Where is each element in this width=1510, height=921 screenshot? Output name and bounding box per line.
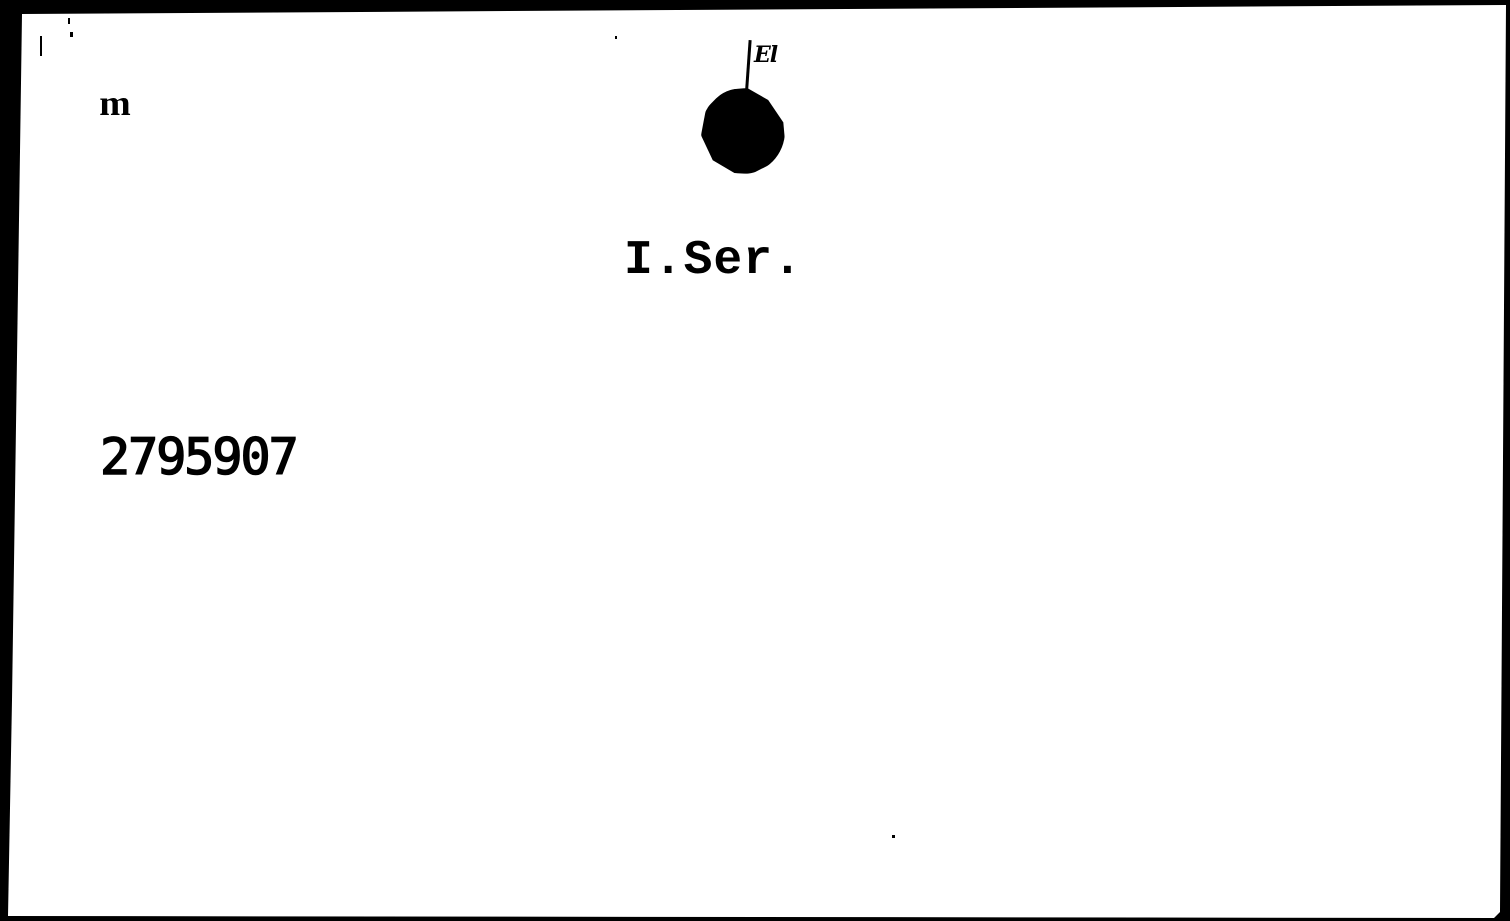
series-label: I.Ser. — [624, 234, 803, 288]
scan-speck — [40, 36, 42, 56]
scan-speck — [892, 835, 895, 838]
punch-hole-icon — [701, 88, 785, 174]
scan-speck — [615, 36, 617, 39]
index-card: m El I.Ser. 2795907 — [0, 0, 1510, 921]
card-number: 2795907 — [100, 428, 297, 486]
pencil-stroke — [745, 40, 752, 92]
scan-speck — [68, 18, 70, 24]
corner-mark: m — [99, 82, 129, 124]
handwritten-annotation: El — [754, 42, 777, 68]
scan-speck — [70, 32, 73, 37]
